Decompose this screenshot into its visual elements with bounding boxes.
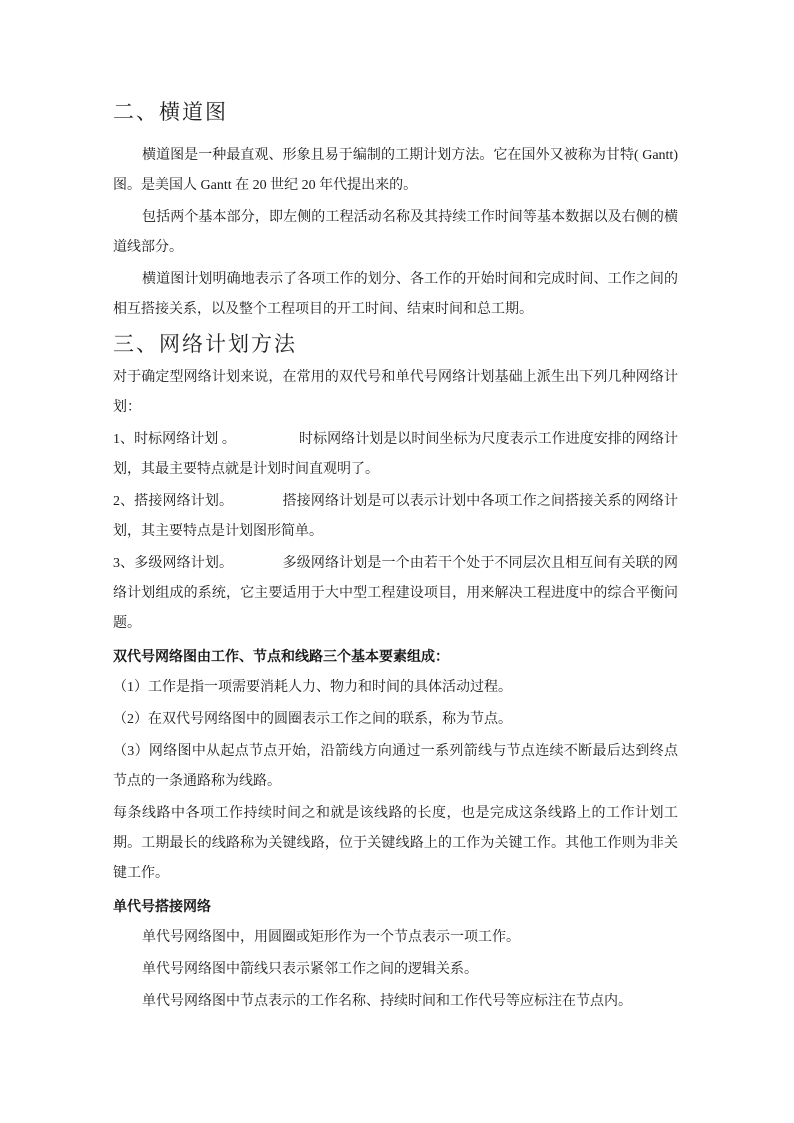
paragraph-single-code-arrow-logic: 单代号网络图中箭线只表示紧邻工作之间的逻辑关系。 xyxy=(113,955,678,985)
subheading-single-code-overlap-network: 单代号搭接网络 xyxy=(113,891,678,921)
paragraph-item-1-timescale-network: 1、时标网络计划 。 时标网络计划是以时间坐标为尺度表示工作进度安排的网络计划，… xyxy=(113,425,678,485)
paragraph-def-3-path: （3）网络图中从起点节点开始，沿箭线方向通过一系列箭线与节点连续不断最后达到终点… xyxy=(113,737,678,797)
paragraph-gantt-expresses: 横道图计划明确地表示了各项工作的划分、各工作的开始时间和完成时间、工作之间的相互… xyxy=(113,265,678,325)
paragraph-gantt-two-parts: 包括两个基本部分，即左侧的工程活动名称及其持续工作时间等基本数据以及右侧的横道线… xyxy=(113,203,678,263)
paragraph-single-code-node-shape: 单代号网络图中，用圆圈或矩形作为一个节点表示一项工作。 xyxy=(113,923,678,953)
paragraph-network-intro: 对于确定型网络计划来说，在常用的双代号和单代号网络计划基础上派生出下列几种网络计… xyxy=(113,363,678,423)
paragraph-def-1-work: （1）工作是指一项需要消耗人力、物力和时间的具体活动过程。 xyxy=(113,673,678,703)
paragraph-critical-path: 每条线路中各项工作持续时间之和就是该线路的长度，也是完成这条线路上的工作计划工期… xyxy=(113,799,678,889)
paragraph-item-3-multilevel-network: 3、多级网络计划。 多级网络计划是一个由若干个处于不同层次且相互间有关联的网络计… xyxy=(113,549,678,639)
paragraph-def-2-node: （2）在双代号网络图中的圆圈表示工作之间的联系，称为节点。 xyxy=(113,705,678,735)
document-page: 二、横道图 横道图是一种最直观、形象且易于编制的工期计划方法。它在国外又被称为甘… xyxy=(0,0,794,1123)
section-heading-network-planning: 三、网络计划方法 xyxy=(113,331,678,357)
section-heading-gantt-chart: 二、横道图 xyxy=(113,99,678,125)
paragraph-item-2-overlap-network: 2、搭接网络计划。 搭接网络计划是可以表示计划中各项工作之间搭接关系的网络计划，… xyxy=(113,487,678,547)
paragraph-gantt-intro: 横道图是一种最直观、形象且易于编制的工期计划方法。它在国外又被称为甘特( Gan… xyxy=(113,141,678,201)
paragraph-single-code-node-labels: 单代号网络图中节点表示的工作名称、持续时间和工作代号等应标注在节点内。 xyxy=(113,987,678,1017)
subheading-double-code-network-elements: 双代号网络图由工作、节点和线路三个基本要素组成： xyxy=(113,641,678,671)
